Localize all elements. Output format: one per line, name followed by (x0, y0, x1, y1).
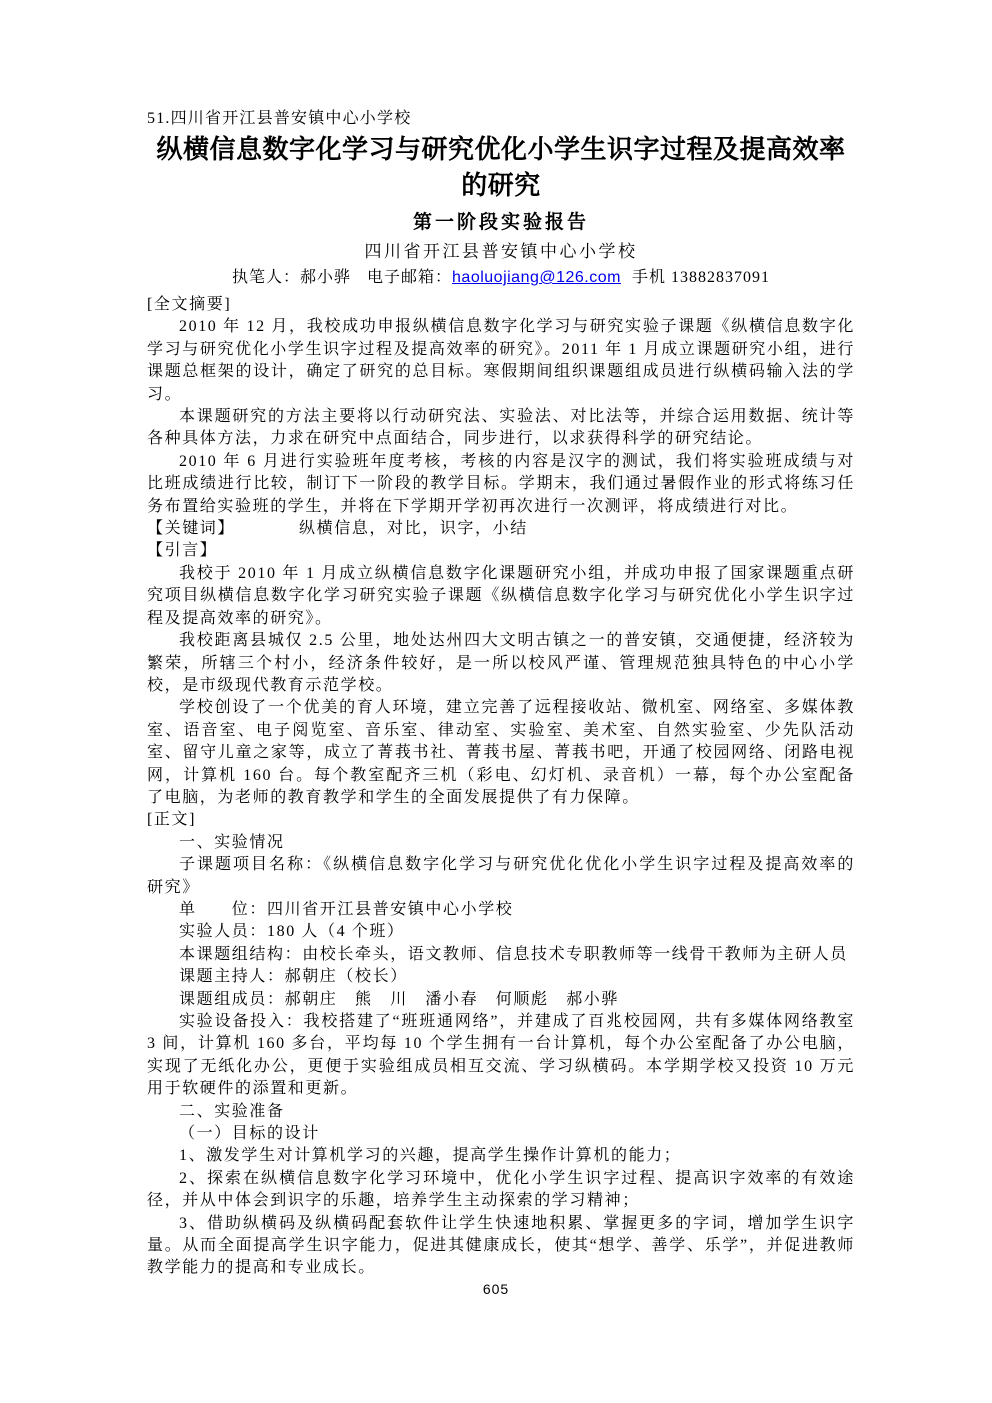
section-heading: 二、实验准备 (147, 1101, 855, 1123)
paragraph: 2010 年 12 月，我校成功申报纵横信息数字化学习与研究实验子课题《纵横信息… (147, 316, 855, 406)
paragraph: 单 位：四川省开江县普安镇中心小学校 (147, 899, 855, 921)
school-name: 四川省开江县普安镇中心小学校 (147, 240, 855, 263)
paragraph: 子课题项目名称：《纵横信息数字化学习与研究优化优化小学生识字过程及提高效率的研究… (147, 854, 855, 899)
paragraph: 实验人员：180 人（4 个班） (147, 921, 855, 943)
document-title: 纵横信息数字化学习与研究优化小学生识字过程及提高效率的研究 (147, 132, 855, 204)
paragraph: 实验设备投入：我校搭建了“班班通网络”，并建成了百兆校园网，共有多媒体网络教室 … (147, 1011, 855, 1101)
paragraph: 课题组成员：郝朝庄 熊 川 潘小春 何顺彪 郝小骅 (147, 989, 855, 1011)
subsection-heading: （一）目标的设计 (147, 1123, 855, 1145)
paragraph: 课题主持人：郝朝庄（校长） (147, 966, 855, 988)
paragraph: 3、借助纵横码及纵横码配套软件让学生快速地积累、掌握更多的字词，增加学生识字量。… (147, 1213, 855, 1280)
paragraph: 2010 年 6 月进行实验班年度考核，考核的内容是汉字的测试，我们将实验班成绩… (147, 451, 855, 518)
byline-phone: 手机 13882837091 (632, 269, 770, 286)
main-label: [正文] (147, 809, 855, 831)
byline: 执笔人：郝小骅电子邮箱：haoluojiang@126.com 手机 13882… (147, 265, 855, 290)
byline-author: 执笔人：郝小骅 (232, 269, 351, 286)
page-number: 605 (0, 1281, 992, 1297)
keywords-label: 【关键词】 (147, 520, 235, 537)
doc-index-line: 51.四川省开江县普安镇中心小学校 (147, 108, 855, 130)
email-link[interactable]: haoluojiang@126.com (452, 269, 621, 286)
paragraph: 我校距离县城仅 2.5 公里，地处达州四大文明古镇之一的普安镇，交通便捷，经济较… (147, 630, 855, 697)
keywords-value: 纵横信息，对比，识字，小结 (299, 520, 528, 537)
introduction-label: 【引言】 (147, 540, 855, 562)
paragraph: 本课题组结构：由校长牵头，语文教师、信息技术专职教师等一线骨干教师为主研人员 (147, 944, 855, 966)
document-page: 51.四川省开江县普安镇中心小学校 纵横信息数字化学习与研究优化小学生识字过程及… (0, 0, 992, 1403)
abstract-label: [全文摘要] (147, 294, 855, 316)
byline-email-label: 电子邮箱： (367, 269, 452, 286)
paragraph: 学校创设了一个优美的育人环境，建立完善了远程接收站、微机室、网络室、多媒体教室、… (147, 697, 855, 809)
paragraph: 我校于 2010 年 1 月成立纵横信息数字化课题研究小组，并成功申报了国家课题… (147, 563, 855, 630)
paragraph: 本课题研究的方法主要将以行动研究法、实验法、对比法等，并综合运用数据、统计等各种… (147, 406, 855, 451)
keywords-line: 【关键词】纵横信息，对比，识字，小结 (147, 518, 855, 540)
document-body: [全文摘要] 2010 年 12 月，我校成功申报纵横信息数字化学习与研究实验子… (147, 294, 855, 1280)
paragraph: 2、探索在纵横信息数字化学习环境中，优化小学生识字过程、提高识字效率的有效途径，… (147, 1168, 855, 1213)
section-heading: 一、实验情况 (147, 832, 855, 854)
document-content: 51.四川省开江县普安镇中心小学校 纵横信息数字化学习与研究优化小学生识字过程及… (147, 108, 855, 1280)
document-subtitle: 第一阶段实验报告 (147, 210, 855, 236)
paragraph: 1、激发学生对计算机学习的兴趣，提高学生操作计算机的能力； (147, 1145, 855, 1167)
